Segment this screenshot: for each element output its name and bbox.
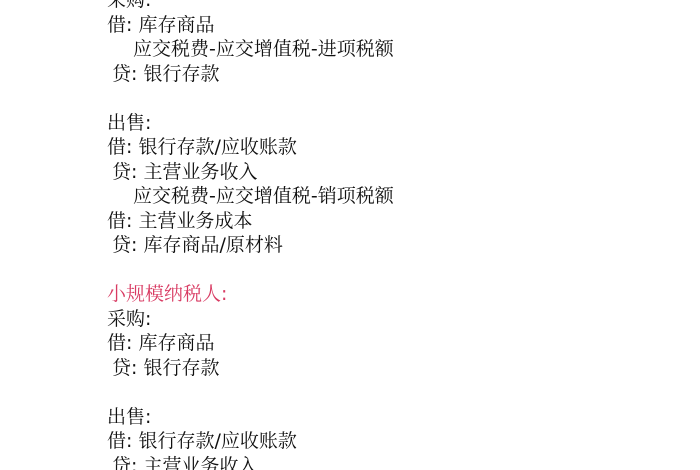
- spacer: [107, 258, 394, 283]
- debit-line-continued: 应交税费-应交增值税-进项税额: [107, 37, 394, 62]
- debit-line: 借: 银行存款/应收账款: [107, 429, 394, 454]
- debit-line: 借: 银行存款/应收账款: [107, 135, 394, 160]
- spacer: [107, 86, 394, 111]
- credit-line: 贷: 库存商品/原材料: [107, 233, 394, 258]
- section-title-purchase: 采购:: [107, 0, 394, 13]
- credit-line: 贷: 主营业务收入: [107, 454, 394, 470]
- spacer: [107, 380, 394, 405]
- credit-line: 贷: 主营业务收入: [107, 160, 394, 185]
- credit-line: 贷: 银行存款: [107, 356, 394, 381]
- small-scale-taxpayer-heading: 小规模纳税人:: [107, 282, 394, 307]
- credit-line: 贷: 银行存款: [107, 62, 394, 87]
- debit-line: 借: 库存商品: [107, 331, 394, 356]
- section-title-sale: 出售:: [107, 405, 394, 430]
- debit-line: 借: 主营业务成本: [107, 209, 394, 234]
- accounting-entries-document: 采购: 借: 库存商品 应交税费-应交增值税-进项税额 贷: 银行存款 出售: …: [107, 0, 394, 470]
- debit-line: 借: 库存商品: [107, 13, 394, 38]
- credit-line-continued: 应交税费-应交增值税-销项税额: [107, 184, 394, 209]
- section-title-purchase: 采购:: [107, 307, 394, 332]
- section-title-sale: 出售:: [107, 111, 394, 136]
